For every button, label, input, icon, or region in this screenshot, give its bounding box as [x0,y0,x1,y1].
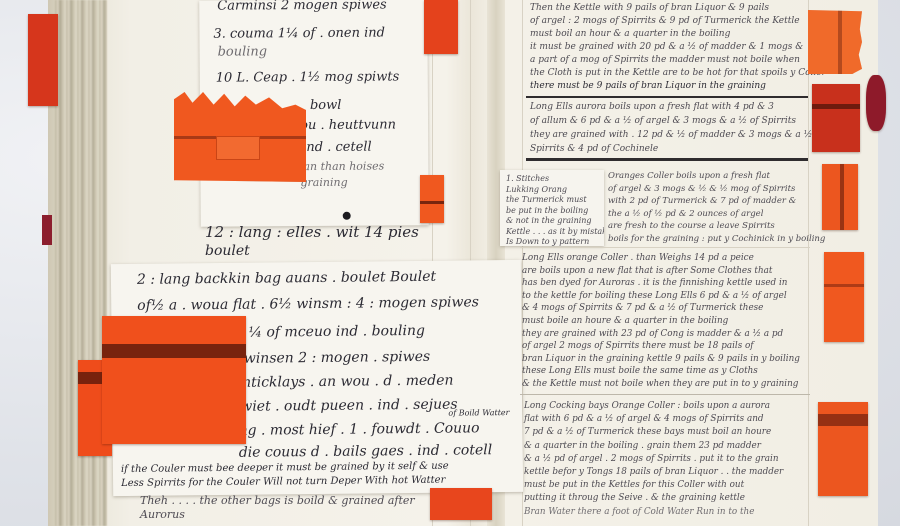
fabric-scrap-red [866,75,886,131]
recipe-line: 10 L. Ceap . 1½ mog spiwts [216,69,400,85]
note-line: Kettle . . . as it by mistake [506,227,604,238]
recipe-line: of argel 2 mogs of Spirrits there must b… [522,340,800,353]
recipe-line: they are grained with . 12 pd & ½ of mad… [530,128,824,142]
recipe-line: the a ½ of ½ pd & 2 ounces of argel [608,208,825,221]
recipe-line: 7 pd & a ½ of Turmerick these bays must … [524,426,783,439]
recipe-line: gan than hoises [296,160,384,174]
recipe-line: if the Couler must bee deeper it must be… [121,461,449,475]
fabric-swatch-right-1 [808,10,862,74]
fabric-swatch-left-edge [28,14,58,106]
swatch-stripe [840,164,844,230]
note-line: the Turmerick must [506,195,604,206]
recipe-section-3: Oranges Coller boils upon a fresh flat o… [608,170,825,245]
recipe-line: ind . cetell [302,140,372,155]
recipe-line: 1¼ of mceuo ind . bouling [239,323,425,341]
footer-text: Theh . . . . the other bags is boild & g… [140,494,415,522]
section-divider [526,96,808,98]
recipe-line: are boils upon a new flat that is after … [522,265,800,278]
recipe-line: Carminsi 2 mogen spiwes [217,0,387,14]
recipe-line: there must be 9 pails of bran Liquor in … [530,80,826,93]
recipe-line: & the Kettle must not boile when they ar… [522,378,800,391]
recipe-line: Long Ells orange Coller . than Weighs 14… [522,252,800,265]
fabric-swatch-large [102,316,246,444]
recipe-line: must be put in the Kettles for this Coll… [524,479,783,492]
fabric-swatch-top [424,0,458,54]
recipe-line: has ben dyed for Auroras . it is the fin… [522,277,800,290]
swatch-stripe [818,414,868,426]
margin-note: of Boild Watter [448,408,509,418]
recipe-line: bran Liquor in the graining kettle 9 pai… [522,353,800,366]
note-line: & not in the graining [506,216,604,227]
fabric-swatch-right-3 [822,164,858,230]
swatch-stripe [812,104,860,109]
recipe-line: of allum & 6 pd & a ½ of argel & 3 mogs … [530,114,824,128]
recipe-line: boulet [205,243,250,259]
note-line: 1. Stitches [506,174,604,185]
swatch-tab [216,136,260,160]
recipe-line: graining [300,176,347,189]
recipe-line: & a ½ pd of argel . 2 mogs of Spirrits .… [524,453,783,466]
section-divider [520,247,810,248]
recipe-line: ou . heuttvunn [300,117,396,133]
recipe-line: Oranges Coller boils upon a fresh flat [608,170,825,183]
recipe-line: 12 : lang : elles . wit 14 pies [205,223,419,241]
ink-blot [343,212,351,220]
recipe-line: putting it throug the Seive . & the grai… [524,492,783,505]
swatch-stripe [838,10,842,74]
recipe-line: Less Spirrits for the Couler Will not tu… [121,475,445,489]
recipe-line: Spirrits & 4 pd of Cochinele [530,142,824,156]
recipe-line: flat with 6 pd & a ½ of argel & 4 mogs o… [524,413,783,426]
section-divider [526,158,808,161]
recipe-line: 3. couma 1¼ of . onen ind [213,26,385,42]
swatch-stripe [420,201,444,204]
fabric-scrap [42,215,52,245]
recipe-line: boils for the graining : put y Cochinick… [608,233,825,246]
recipe-line: Long Cocking bays Orange Coller : boils … [524,400,783,413]
recipe-line: nticklays . an wou . d . meden [242,373,454,391]
swatch-stripe [102,344,246,358]
recipe-line: these Long Ells must boile the same time… [522,365,800,378]
recipe-line: of argel & 3 mogs & ½ & ½ mog of Spirrit… [608,183,825,196]
note-slip: 1. Stitches Lukking Orang the Turmerick … [500,170,604,246]
recipe-line: with 2 pd of Turmerick & 7 pd of madder … [608,195,825,208]
recipe-line: bouling [218,44,268,59]
recipe-line: Aurorus [140,508,415,522]
recipe-line: 2 : lang backkin bag auans . boulet Boul… [137,269,436,288]
recipe-section-2: Long Ells aurora boils upon a fresh flat… [530,100,824,156]
recipe-line: winsen 2 : mogen . spiwes [244,349,431,367]
swatch-stripe [824,284,864,287]
recipe-line: kettle befor y Tongs 18 pails of bran Li… [524,466,783,479]
recipe-line: Bran Water there a foot of Cold Water Ru… [524,506,783,519]
recipe-section-5: Long Cocking bays Orange Coller : boils … [524,400,783,519]
recipe-line: it must be grained with 20 pd & a ½ of m… [530,41,826,54]
recipe-line: Then the Kettle with 9 pails of bran Liq… [530,2,826,15]
recipe-line: must boil an hour & a quarter in the boi… [530,28,826,41]
fabric-swatch-bottom [430,488,492,520]
note-line: Is Down to y pattern [506,237,604,246]
recipe-line: & 4 mogs of Spirrits & 7 pd & a ½ of Tur… [522,302,800,315]
recipe-line: & a quarter in the boiling . grain them … [524,440,783,453]
recipe-line: are fresh to the course a leave Spirrits [608,220,825,233]
recipe-line: of½ a . woua flat . 6½ winsm : 4 : mogen… [137,294,479,314]
recipe-line: bowl [310,98,342,113]
recipe-line: ng . most hief . 1 . fouwdt . Couuo [238,420,479,439]
recipe-line: Long Ells aurora boils upon a fresh flat… [530,100,824,114]
note-line: Lukking Orang [506,185,604,196]
recipe-line: of argel : 2 mogs of Spirrits & 9 pd of … [530,15,826,28]
note-line: be put in the boiling [506,206,604,217]
recipe-section-4: Long Ells orange Coller . than Weighs 14… [522,252,800,391]
side-note: 1. Stitches Lukking Orang the Turmerick … [506,174,604,246]
recipe-line: they are grained with 23 pd of Cong is m… [522,328,800,341]
fabric-swatch-right-5 [818,402,868,496]
recipe-line: Theh . . . . the other bags is boild & g… [140,494,415,508]
recipe-line: to the kettle for boiling these Long Ell… [522,290,800,303]
recipe-line: wiet . oudt pueen . ind . sejues [240,397,457,415]
fabric-swatch-right-4 [824,252,864,342]
fabric-swatch-right-2 [812,84,860,152]
section-divider [520,394,810,395]
recipe-line: must boile an houre & a quarter in the b… [522,315,800,328]
recipe-line: a part of a mog of Spirrits the madder m… [530,54,826,67]
recipe-line: die couus d . bails gaes . ind . cotell [239,442,493,461]
recipe-section-1: Then the Kettle with 9 pails of bran Liq… [530,2,826,93]
fabric-swatch-small [420,175,444,223]
recipe-line: the Cloth is put in the Kettle are to be… [530,67,826,80]
